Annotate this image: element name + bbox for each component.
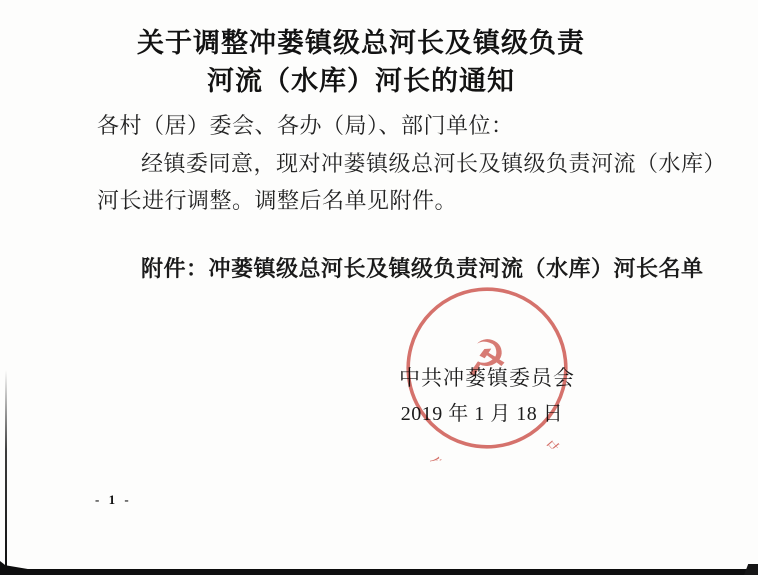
body-paragraph-line-1: 经镇委同意，现对冲蒌镇级总河长及镇级负责河流（水库） xyxy=(141,150,726,178)
title-line-1: 关于调整冲蒌镇级总河长及镇级负责 xyxy=(0,24,722,62)
scan-artifact-bottom-edge xyxy=(0,569,758,575)
seal-ring-text: 中国共产党台山市冲蒌镇委员会 xyxy=(415,434,582,463)
document-title: 关于调整冲蒌镇级总河长及镇级负责 河流（水库）河长的通知 xyxy=(0,24,722,100)
document-date: 2019 年 1 月 18 日 xyxy=(399,397,565,426)
issuing-authority-signature: 中共冲蒌镇委员会 xyxy=(399,362,573,392)
scan-artifact-left-edge xyxy=(5,370,7,572)
page-number: - 1 - xyxy=(95,492,132,508)
attachment-reference-line: 附件：冲蒌镇级总河长及镇级负责河流（水库）河长名单 xyxy=(141,255,704,283)
title-line-2: 河流（水库）河长的通知 xyxy=(0,62,722,100)
salutation-line: 各村（居）委会、各办（局）、部门单位： xyxy=(97,112,514,140)
scanned-document-page: 关于调整冲蒌镇级总河长及镇级负责 河流（水库）河长的通知 各村（居）委会、各办（… xyxy=(0,0,758,580)
body-paragraph-line-2: 河长进行调整。调整后名单见附件。 xyxy=(97,187,457,215)
